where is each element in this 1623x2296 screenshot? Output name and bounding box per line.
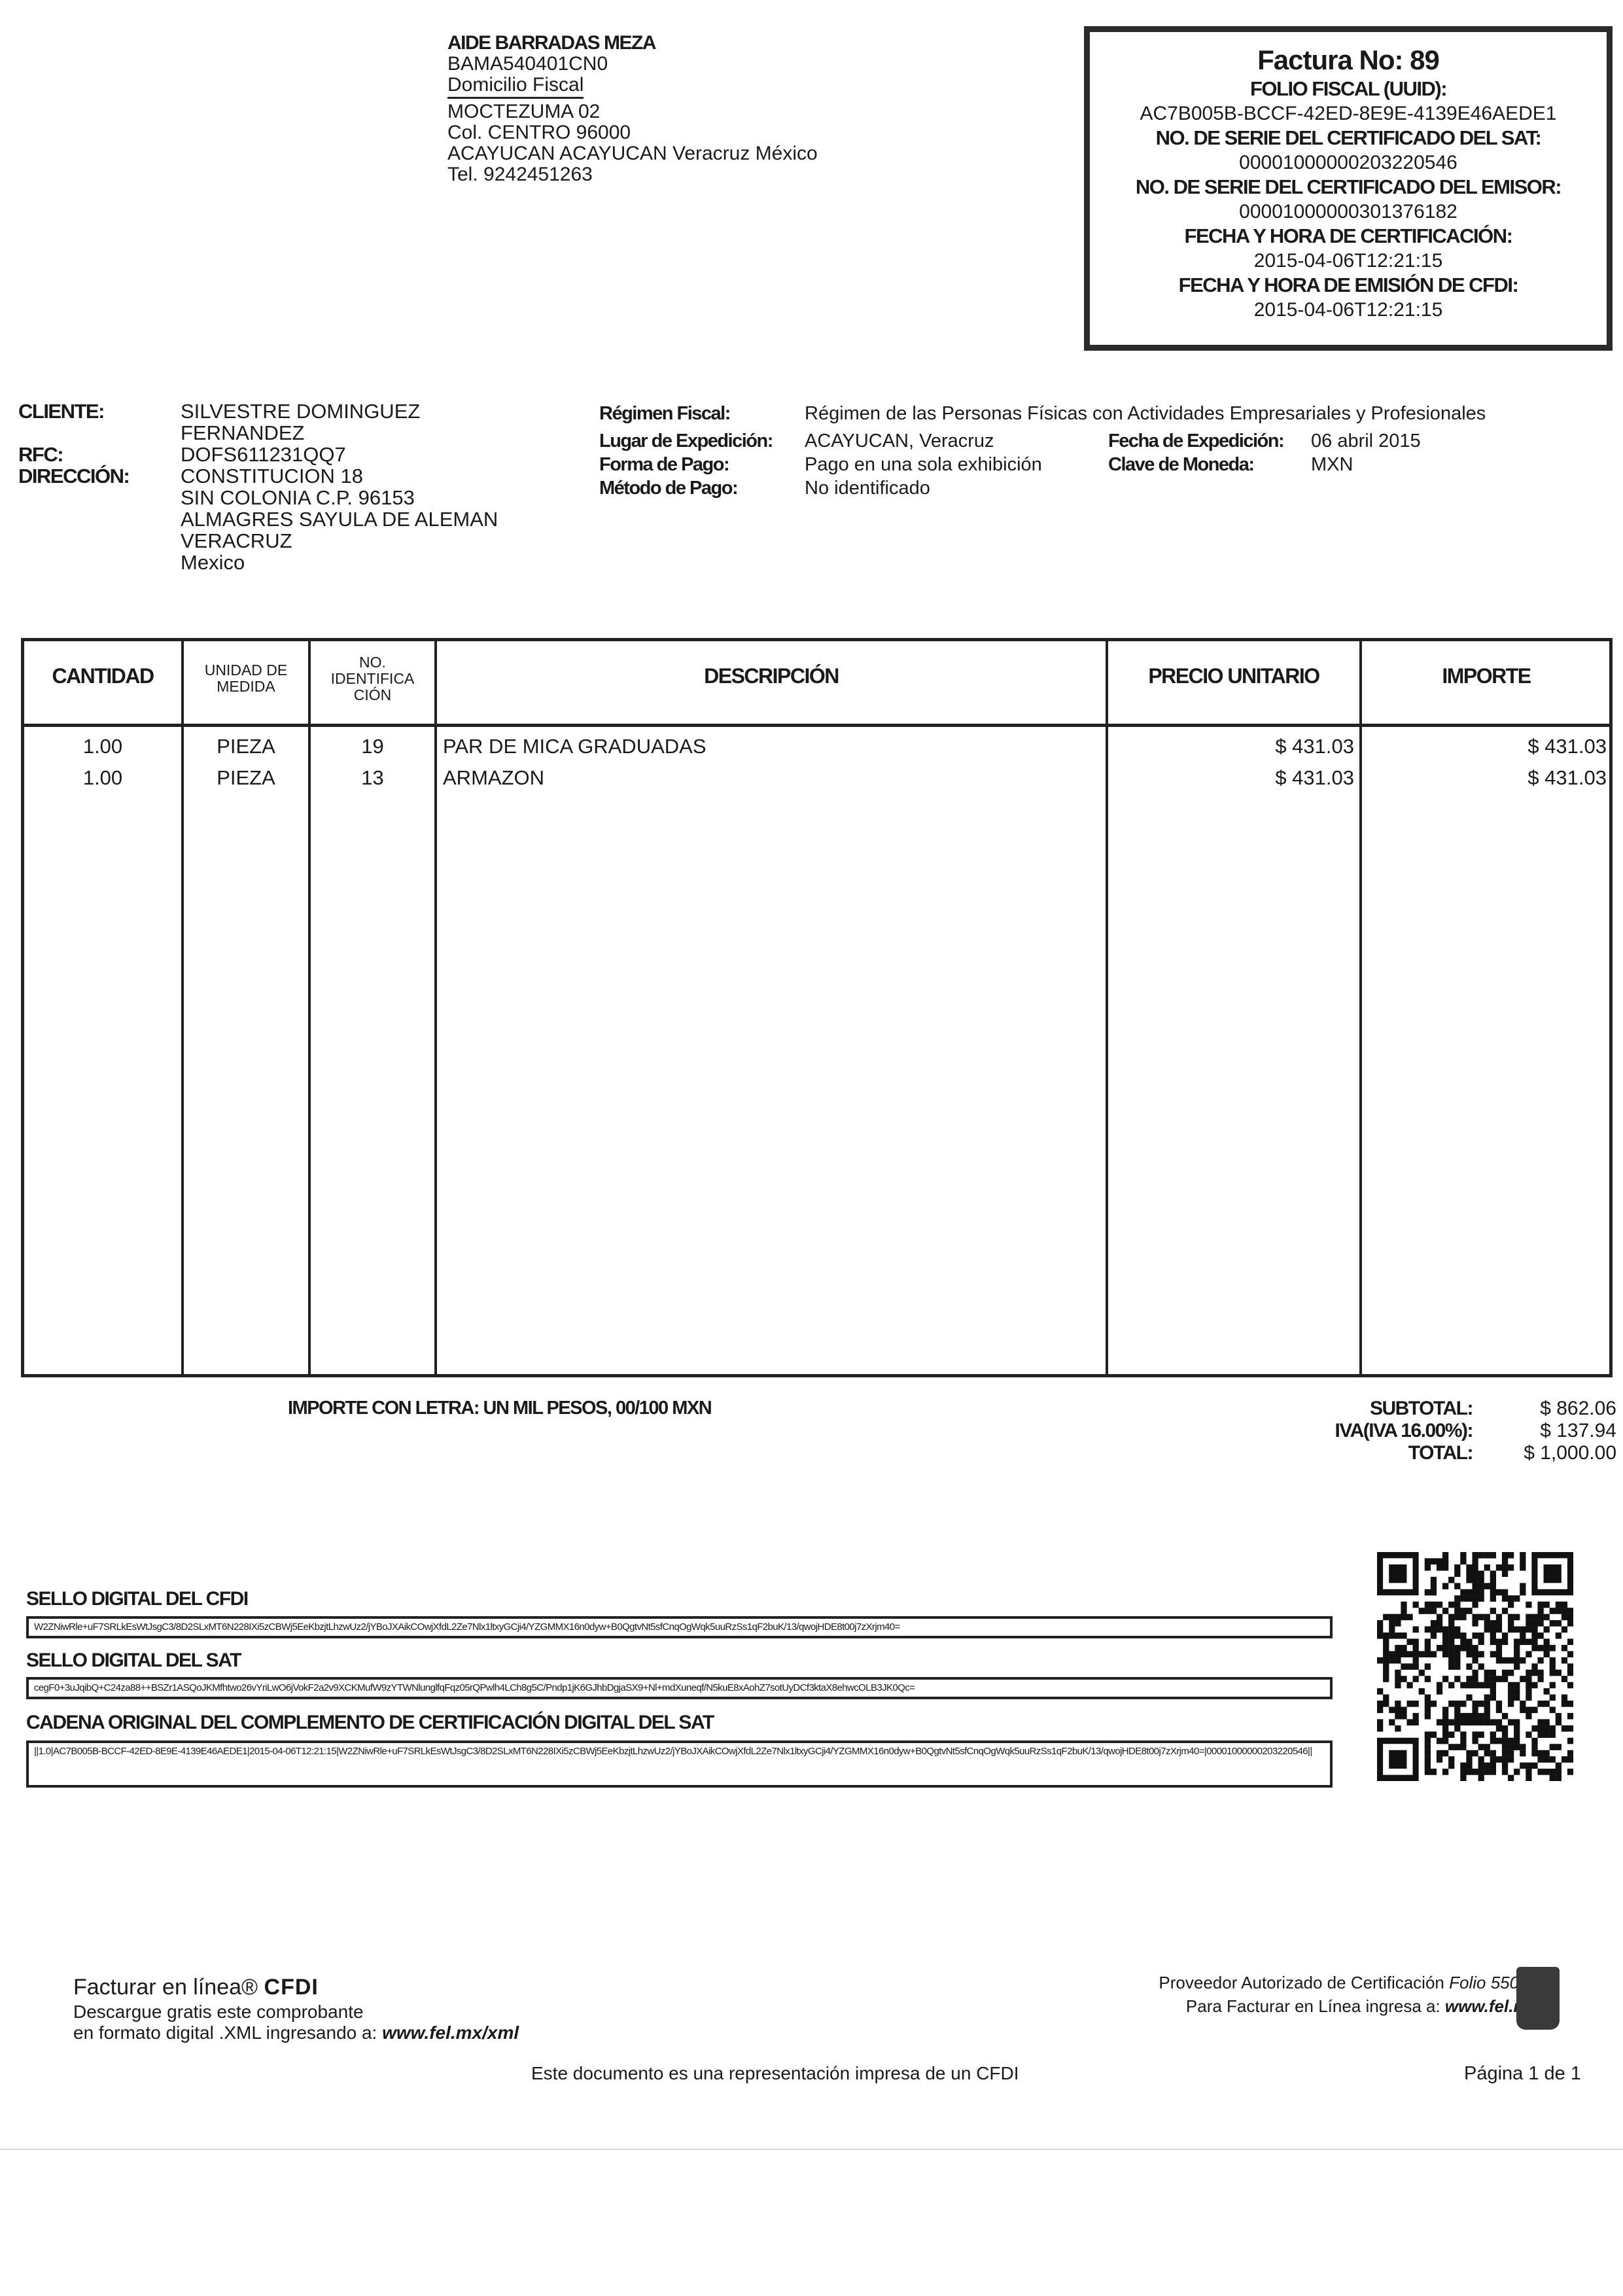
pac-text: Proveedor Autorizado de Certificación [1159,1973,1449,1992]
emision-date-value: 2015-04-06T12:21:15 [1090,298,1607,322]
client-address-line: SIN COLONIA C.P. 96153 [181,487,415,508]
metodo-pago-value: No identificado [805,476,930,500]
disclaimer: Este documento es una representación imp… [531,2063,1019,2084]
direccion-label: DIRECCIÓN: [18,465,181,487]
issuer-address-line: ACAYUCAN ACAYUCAN Veracruz México [447,143,818,164]
cert-date-label: FECHA Y HORA DE CERTIFICACIÓN: [1090,224,1607,249]
header-descripcion: DESCRIPCIÓN [437,641,1106,724]
sello-sat-value: cegF0+3uJqibQ+C24za88++BSZr1ASQoJKMfhtwo… [26,1677,1333,1699]
sat-cert-value: 00001000000203220546 [1090,150,1607,175]
moneda-value: MXN [1311,453,1353,476]
cell-no-identificacion: 13 [311,763,434,793]
pac-block: Proveedor Autorizado de Certificación Fo… [1159,1971,1538,2018]
total-value: $ 1,000.00 [1473,1442,1616,1464]
sello-sat-label: SELLO DIGITAL DEL SAT [26,1650,241,1672]
issuer-phone: Tel. 9242451263 [447,164,818,185]
cell-no-identificacion: 19 [311,732,434,762]
header-importe: IMPORTE [1362,641,1611,724]
cell-descripcion: ARMAZON [443,763,1097,793]
emisor-cert-value: 00001000000301376182 [1090,200,1607,224]
issuer-block: AIDE BARRADAS MEZA BAMA540401CN0 Domicil… [447,33,818,185]
brand-cfdi: CFDI [264,1975,319,2000]
qr-code [1377,1552,1573,1781]
brand-name: Facturar en línea® [73,1975,258,2000]
domicilio-fiscal-label: Domicilio Fiscal [447,75,584,99]
cell-importe: $ 431.03 [1362,732,1607,762]
cell-precio-unitario: $ 431.03 [1108,763,1354,793]
sello-cfdi-label: SELLO DIGITAL DEL CFDI [26,1588,248,1610]
sello-cfdi-value: W2ZNiwRle+uF7SRLkEsWtJsgC3/8D2SLxMT6N228… [26,1616,1333,1638]
issuer-address-line: Col. CENTRO 96000 [447,122,818,143]
issuer-name: AIDE BARRADAS MEZA [447,33,818,54]
moneda-label: Clave de Moneda: [1108,453,1311,476]
forma-pago-value: Pago en una sola exhibición [805,453,1108,476]
client-address-line: ALMAGRES SAYULA DE ALEMAN [181,508,498,530]
invoice-number: Factura No: 89 [1090,44,1607,77]
cell-precio-unitario: $ 431.03 [1108,732,1354,762]
issuer-rfc: BAMA540401CN0 [447,54,818,75]
cell-descripcion: PAR DE MICA GRADUADAS [443,732,1097,762]
iva-label: IVA(IVA 16.00%): [1335,1420,1473,1442]
header-cantidad: CANTIDAD [24,641,181,724]
lugar-value: ACAYUCAN, Veracruz [805,429,1108,453]
items-table: CANTIDAD UNIDAD DE MEDIDA NO. IDENTIFICA… [21,638,1613,1377]
client-block: CLIENTE:SILVESTRE DOMINGUEZ FERNANDEZ RF… [18,400,498,573]
client-rfc: DOFS611231QQ7 [181,444,346,465]
download-text: Descargue gratis este comprobante [73,2002,519,2022]
fecha-label: Fecha de Expedición: [1108,429,1311,453]
cliente-label: CLIENTE: [18,400,181,422]
footer-brand-block: Facturar en línea® CFDI Descargue gratis… [73,1973,519,2043]
header-no-identificacion: NO. IDENTIFICA CIÓN [311,641,434,724]
fiscal-details: Régimen Fiscal:Régimen de las Personas F… [599,402,1486,500]
sat-cert-label: NO. DE SERIE DEL CERTIFICADO DEL SAT: [1090,126,1607,150]
online-text: Para Facturar en Línea ingresa a: [1186,1996,1445,2016]
totals-block: SUBTOTAL:$ 862.06 IVA(IVA 16.00%):$ 137.… [1335,1398,1616,1464]
forma-pago-label: Forma de Pago: [599,453,805,476]
cell-cantidad: 1.00 [24,732,181,762]
cell-importe: $ 431.03 [1362,763,1607,793]
cert-date-value: 2015-04-06T12:21:15 [1090,249,1607,273]
xml-download-link[interactable]: www.fel.mx/xml [382,2022,519,2043]
emisor-cert-label: NO. DE SERIE DEL CERTIFICADO DEL EMISOR: [1090,175,1607,200]
cell-unidad: PIEZA [184,763,308,793]
importe-con-letra: IMPORTE CON LETRA: UN MIL PESOS, 00/100 … [288,1398,711,1419]
client-name: FERNANDEZ [181,422,304,444]
iva-value: $ 137.94 [1473,1420,1616,1442]
subtotal-value: $ 862.06 [1473,1398,1616,1420]
regimen-value: Régimen de las Personas Físicas con Acti… [805,402,1486,425]
emision-date-label: FECHA Y HORA DE EMISIÓN DE CFDI: [1090,273,1607,298]
header-unidad: UNIDAD DE MEDIDA [184,641,308,724]
download-text-2: en formato digital .XML ingresando a: [73,2022,382,2043]
subtotal-label: SUBTOTAL: [1370,1398,1473,1420]
total-label: TOTAL: [1408,1442,1473,1464]
uuid-label: FOLIO FISCAL (UUID): [1090,77,1607,101]
regimen-label: Régimen Fiscal: [599,402,805,425]
lugar-label: Lugar de Expedición: [599,429,805,453]
client-address-line: Mexico [181,552,245,573]
header-precio-unitario: PRECIO UNITARIO [1108,641,1359,724]
fiscal-info-box: Factura No: 89 FOLIO FISCAL (UUID): AC7B… [1084,26,1613,351]
issuer-address-line: MOCTEZUMA 02 [447,101,818,122]
metodo-pago-label: Método de Pago: [599,476,805,500]
cadena-original-value: ||1.0|AC7B005B-BCCF-42ED-8E9E-4139E46AED… [26,1740,1333,1788]
cell-unidad: PIEZA [184,732,308,762]
uuid-value: AC7B005B-BCCF-42ED-8E9E-4139E46AEDE1 [1090,101,1607,126]
client-name: SILVESTRE DOMINGUEZ [181,400,420,422]
fecha-value: 06 abril 2015 [1311,429,1421,453]
client-address-line: VERACRUZ [181,530,292,552]
page-number: Página 1 de 1 [1464,2063,1581,2085]
page-edge [0,2149,1623,2150]
factura-electronica-logo-icon [1516,1967,1560,2030]
client-address-line: CONSTITUCION 18 [181,465,363,487]
cadena-original-label: CADENA ORIGINAL DEL COMPLEMENTO DE CERTI… [26,1712,714,1734]
rfc-label: RFC: [18,444,181,465]
cell-cantidad: 1.00 [24,763,181,793]
